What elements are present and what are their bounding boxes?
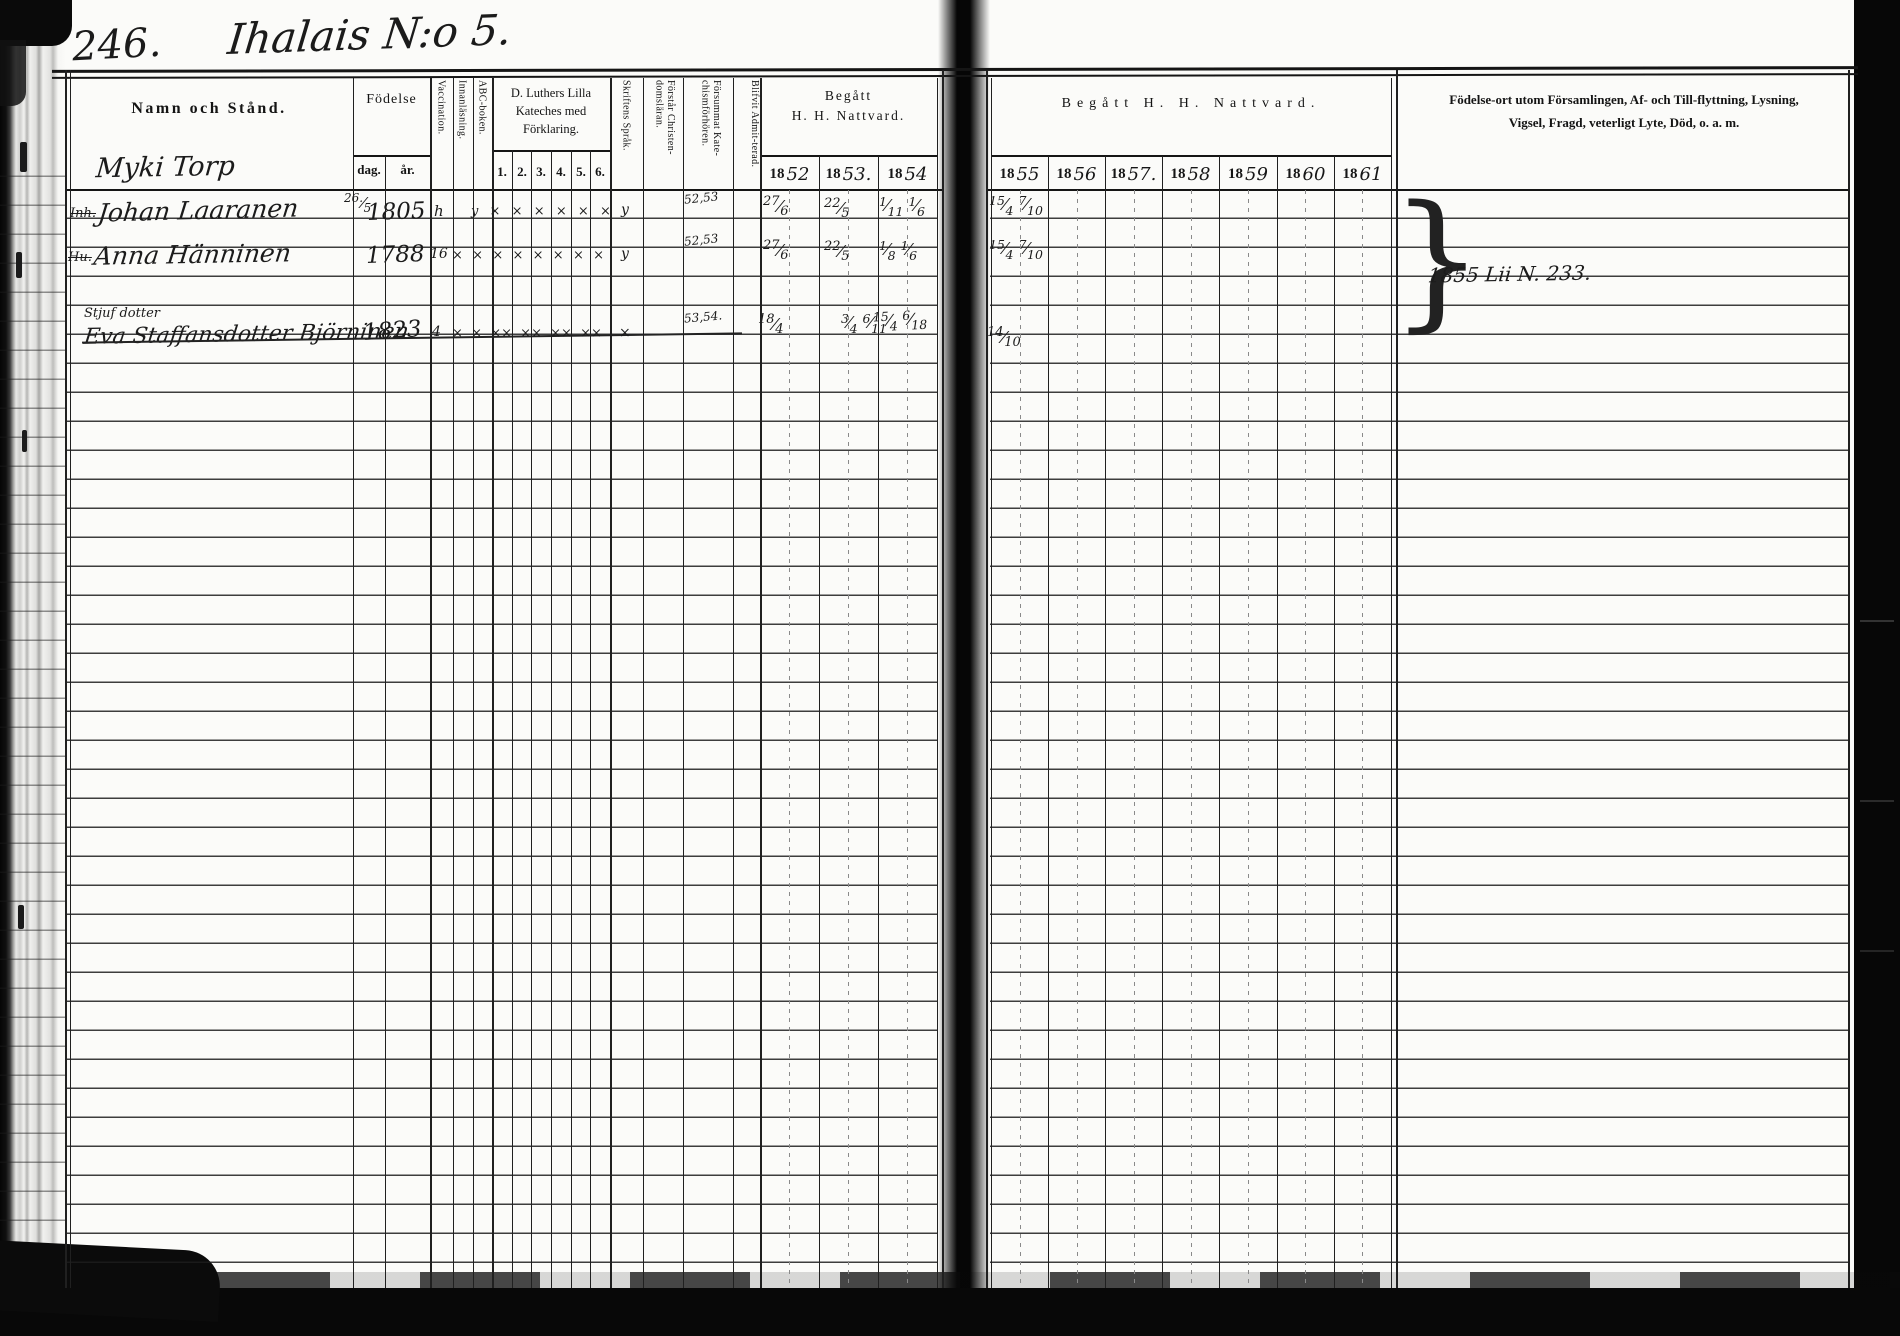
column-rule xyxy=(1391,78,1392,1288)
nattvard-1852: 18⁄4 xyxy=(758,315,789,334)
page-title: Ihalais N:o 5. xyxy=(226,5,515,64)
col-header-forsummat-katechismforhoren: Försummat Kate-chismförhören. xyxy=(694,80,722,192)
vaccination-mark: 4 xyxy=(432,324,441,340)
column-rule xyxy=(385,156,386,1288)
mark: × xyxy=(512,204,523,219)
year-header-1853: 18 53. xyxy=(819,158,878,190)
column-rule-dashed xyxy=(1077,190,1078,1288)
column-rule-dashed xyxy=(1305,190,1306,1288)
column-rule xyxy=(1105,156,1106,1288)
rule-under-nattvard-left xyxy=(760,155,937,157)
year-script: 56 xyxy=(1074,164,1097,185)
rule-under-nattvard-right xyxy=(991,155,1391,157)
nattvard-1854: 15⁄46⁄18 xyxy=(873,309,933,330)
rule-under-fodelse xyxy=(353,155,430,157)
col-header-namn-och-stand: Namn och Stånd. xyxy=(65,100,353,118)
column-rule xyxy=(819,156,820,1288)
column-rule xyxy=(760,78,762,1288)
page-number: 246. xyxy=(71,20,162,71)
year-printed: 18 xyxy=(1111,166,1126,183)
column-rule xyxy=(512,150,513,1288)
margin-ruled-lines xyxy=(0,148,66,1288)
luthers-line2: Kateches med xyxy=(516,104,586,118)
luthers-col-1: 1. xyxy=(492,164,512,180)
year-header-1860: 18 60 xyxy=(1277,158,1334,190)
year-script: 61 xyxy=(1360,164,1383,185)
column-rule xyxy=(1219,156,1220,1288)
luthers-col-2: 2. xyxy=(512,164,532,180)
year-script: 54 xyxy=(905,164,928,185)
birth-year: 1805 xyxy=(367,198,426,226)
column-rule xyxy=(65,70,67,1288)
col-header-innanlasning: Innanläsning. xyxy=(456,80,468,192)
year-printed: 18 xyxy=(1286,166,1301,183)
person-prefix: Stjuf dotter xyxy=(84,306,160,321)
note-brace: } xyxy=(1390,186,1484,334)
year-script: 60 xyxy=(1303,164,1326,185)
luthers-col-5: 5. xyxy=(571,164,591,180)
scan-right-edge xyxy=(1854,0,1900,1336)
mark: × xyxy=(512,248,523,263)
nattvard-1855: 15⁄47⁄10 xyxy=(989,240,1048,258)
year-header-1861: 18 61 xyxy=(1334,158,1391,190)
nattvard-1853: 22⁄5 xyxy=(824,199,855,218)
year-printed: 18 xyxy=(888,166,903,183)
nattvard-1853: 22⁄5 xyxy=(824,242,855,261)
col-header-fodelseort-line2: Vigsel, Fragd, veterligt Lyte, Död, o. a… xyxy=(1400,115,1848,131)
column-rule xyxy=(942,70,944,1288)
column-rule-dashed xyxy=(848,190,849,1288)
year-script: 58 xyxy=(1188,164,1211,185)
column-rule xyxy=(571,150,572,1288)
book-binding xyxy=(938,0,990,1300)
luthers-col-4: 4. xyxy=(551,164,571,180)
year-script: 59 xyxy=(1245,164,1268,185)
luthers-line3: Förklaring. xyxy=(523,122,579,136)
village-heading: Myki Torp xyxy=(95,151,237,184)
ruled-lines-left-page xyxy=(66,190,938,1288)
luthers-line1: D. Luthers Lilla xyxy=(511,86,591,100)
column-rule xyxy=(986,70,988,1288)
col-header-begatt-nattvard-right: Begått H. H. Nattvard. xyxy=(991,96,1391,112)
nattvard-1854: 1⁄81⁄6 xyxy=(879,241,922,259)
nattvard-1855: 15⁄47⁄10 xyxy=(989,196,1048,214)
column-rule-dashed xyxy=(1248,190,1249,1288)
column-rule xyxy=(610,78,612,1288)
mark: × xyxy=(578,204,589,219)
skrift-mark: y xyxy=(621,246,629,262)
scan-bottom-edge xyxy=(0,1288,1900,1336)
column-rule xyxy=(733,78,734,1288)
year-script: 55 xyxy=(1017,164,1040,185)
year-header-1854: 18 54 xyxy=(878,158,937,190)
year-script: 52 xyxy=(787,164,810,185)
column-rule xyxy=(531,150,532,1288)
person-name: Anna Hänninen xyxy=(92,238,293,271)
column-rule xyxy=(473,78,474,1288)
column-rule xyxy=(643,78,644,1288)
scan-speck xyxy=(18,905,24,929)
scan-speck xyxy=(16,252,22,278)
column-rule xyxy=(878,156,879,1288)
catechism-marks: ×××××××××× xyxy=(452,326,602,341)
vaccination-mark: 16 xyxy=(430,246,448,262)
column-rule xyxy=(590,150,591,1288)
year-script: 57. xyxy=(1128,164,1157,185)
mark: × xyxy=(593,248,604,263)
year-printed: 18 xyxy=(1343,166,1358,183)
mark: × xyxy=(553,248,564,263)
column-rule-dashed xyxy=(1362,190,1363,1288)
skrift-mark: × xyxy=(619,325,631,341)
column-rule xyxy=(492,78,494,1288)
year-printed: 18 xyxy=(770,166,785,183)
year-header-1859: 18 59 xyxy=(1219,158,1277,190)
column-rule-dashed xyxy=(907,190,908,1288)
birth-year: 1823 xyxy=(362,316,422,346)
column-rule-dashed xyxy=(789,190,790,1288)
column-rule xyxy=(1334,156,1335,1288)
column-rule xyxy=(551,150,552,1288)
mark: × xyxy=(573,248,584,263)
column-rule-dashed xyxy=(1191,190,1192,1288)
column-rule xyxy=(453,78,454,1288)
column-rule xyxy=(70,70,71,1288)
scanned-ledger-page: 246. Ihalais N:o 5. Namn och Stånd. Föde… xyxy=(0,0,1900,1336)
marginal-note: 1855 Lii N. 233. xyxy=(1427,261,1592,288)
column-rule xyxy=(991,78,992,1288)
year-printed: 18 xyxy=(1228,166,1243,183)
year-printed: 18 xyxy=(1057,166,1072,183)
column-rule xyxy=(430,78,432,1288)
col-header-luthers-kateches: D. Luthers Lilla Kateches med Förklaring… xyxy=(492,84,610,138)
column-rule xyxy=(937,78,938,1288)
scan-corner-blob-2 xyxy=(0,40,26,106)
col-header-forstar-christendomslaran: Förstår Christen-domsläran. xyxy=(650,80,676,192)
person-prefix: Inh. xyxy=(70,206,96,221)
column-rule xyxy=(1277,156,1278,1288)
skrift-mark: y xyxy=(621,202,629,218)
year-header-1857: 18 57. xyxy=(1105,158,1162,190)
column-rule xyxy=(1848,70,1850,1288)
mark: ×× xyxy=(550,326,572,341)
mark: × xyxy=(556,204,567,219)
mark: × xyxy=(533,248,544,263)
year-header-1858: 18 58 xyxy=(1162,158,1219,190)
col-header-skriftens-sprak: Skriftens Språk. xyxy=(620,80,632,192)
col-header-blifvit-admitterad: Blifvit Admit-terad. xyxy=(736,80,760,192)
column-rule xyxy=(1162,156,1163,1288)
year-header-1852: 18 52 xyxy=(760,158,819,190)
luthers-col-6: 6. xyxy=(590,164,610,180)
column-rule-dashed xyxy=(1020,190,1021,1288)
col-header-abc-boken: ABC-boken. xyxy=(476,80,488,192)
catechism-marks: ×××××××× xyxy=(452,248,604,263)
year-printed: 18 xyxy=(826,166,841,183)
col-header-vaccination: Vaccination. xyxy=(435,80,447,192)
col-header-ar: år. xyxy=(385,162,430,178)
year-header-1856: 18 56 xyxy=(1048,158,1105,190)
scan-speck xyxy=(20,142,27,172)
column-rule-dashed xyxy=(1134,190,1135,1288)
mark: × xyxy=(534,204,545,219)
col-header-dag: dag. xyxy=(353,162,385,178)
col-header-begatt-nattvard-left-2: H. H. Nattvard. xyxy=(760,108,937,124)
col-header-begatt-nattvard-left-1: Begått xyxy=(760,88,937,104)
mark: ×× xyxy=(580,326,602,341)
nattvard-1854: 1⁄111⁄6 xyxy=(879,197,930,215)
birth-year: 1788 xyxy=(366,241,425,269)
column-rule xyxy=(1048,156,1049,1288)
vaccination-mark: h xyxy=(434,202,444,220)
ruled-lines-right-page xyxy=(990,190,1848,1288)
year-printed: 18 xyxy=(1000,166,1015,183)
col-header-fodelseort-line1: Födelse-ort utom Församlingen, Af- och T… xyxy=(1400,92,1848,108)
person-name: Johan Laaranen xyxy=(96,193,300,227)
column-rule xyxy=(1396,70,1398,1288)
scan-speck xyxy=(22,430,27,452)
column-rule xyxy=(683,78,684,1288)
column-rule xyxy=(353,78,354,1288)
year-header-1855: 18 55 xyxy=(991,158,1048,190)
col-header-fodelse: Födelse xyxy=(353,92,430,108)
year-script: 53. xyxy=(843,164,872,185)
person-prefix: Hu. xyxy=(68,250,92,265)
year-printed: 18 xyxy=(1171,166,1186,183)
luthers-col-3: 3. xyxy=(531,164,551,180)
